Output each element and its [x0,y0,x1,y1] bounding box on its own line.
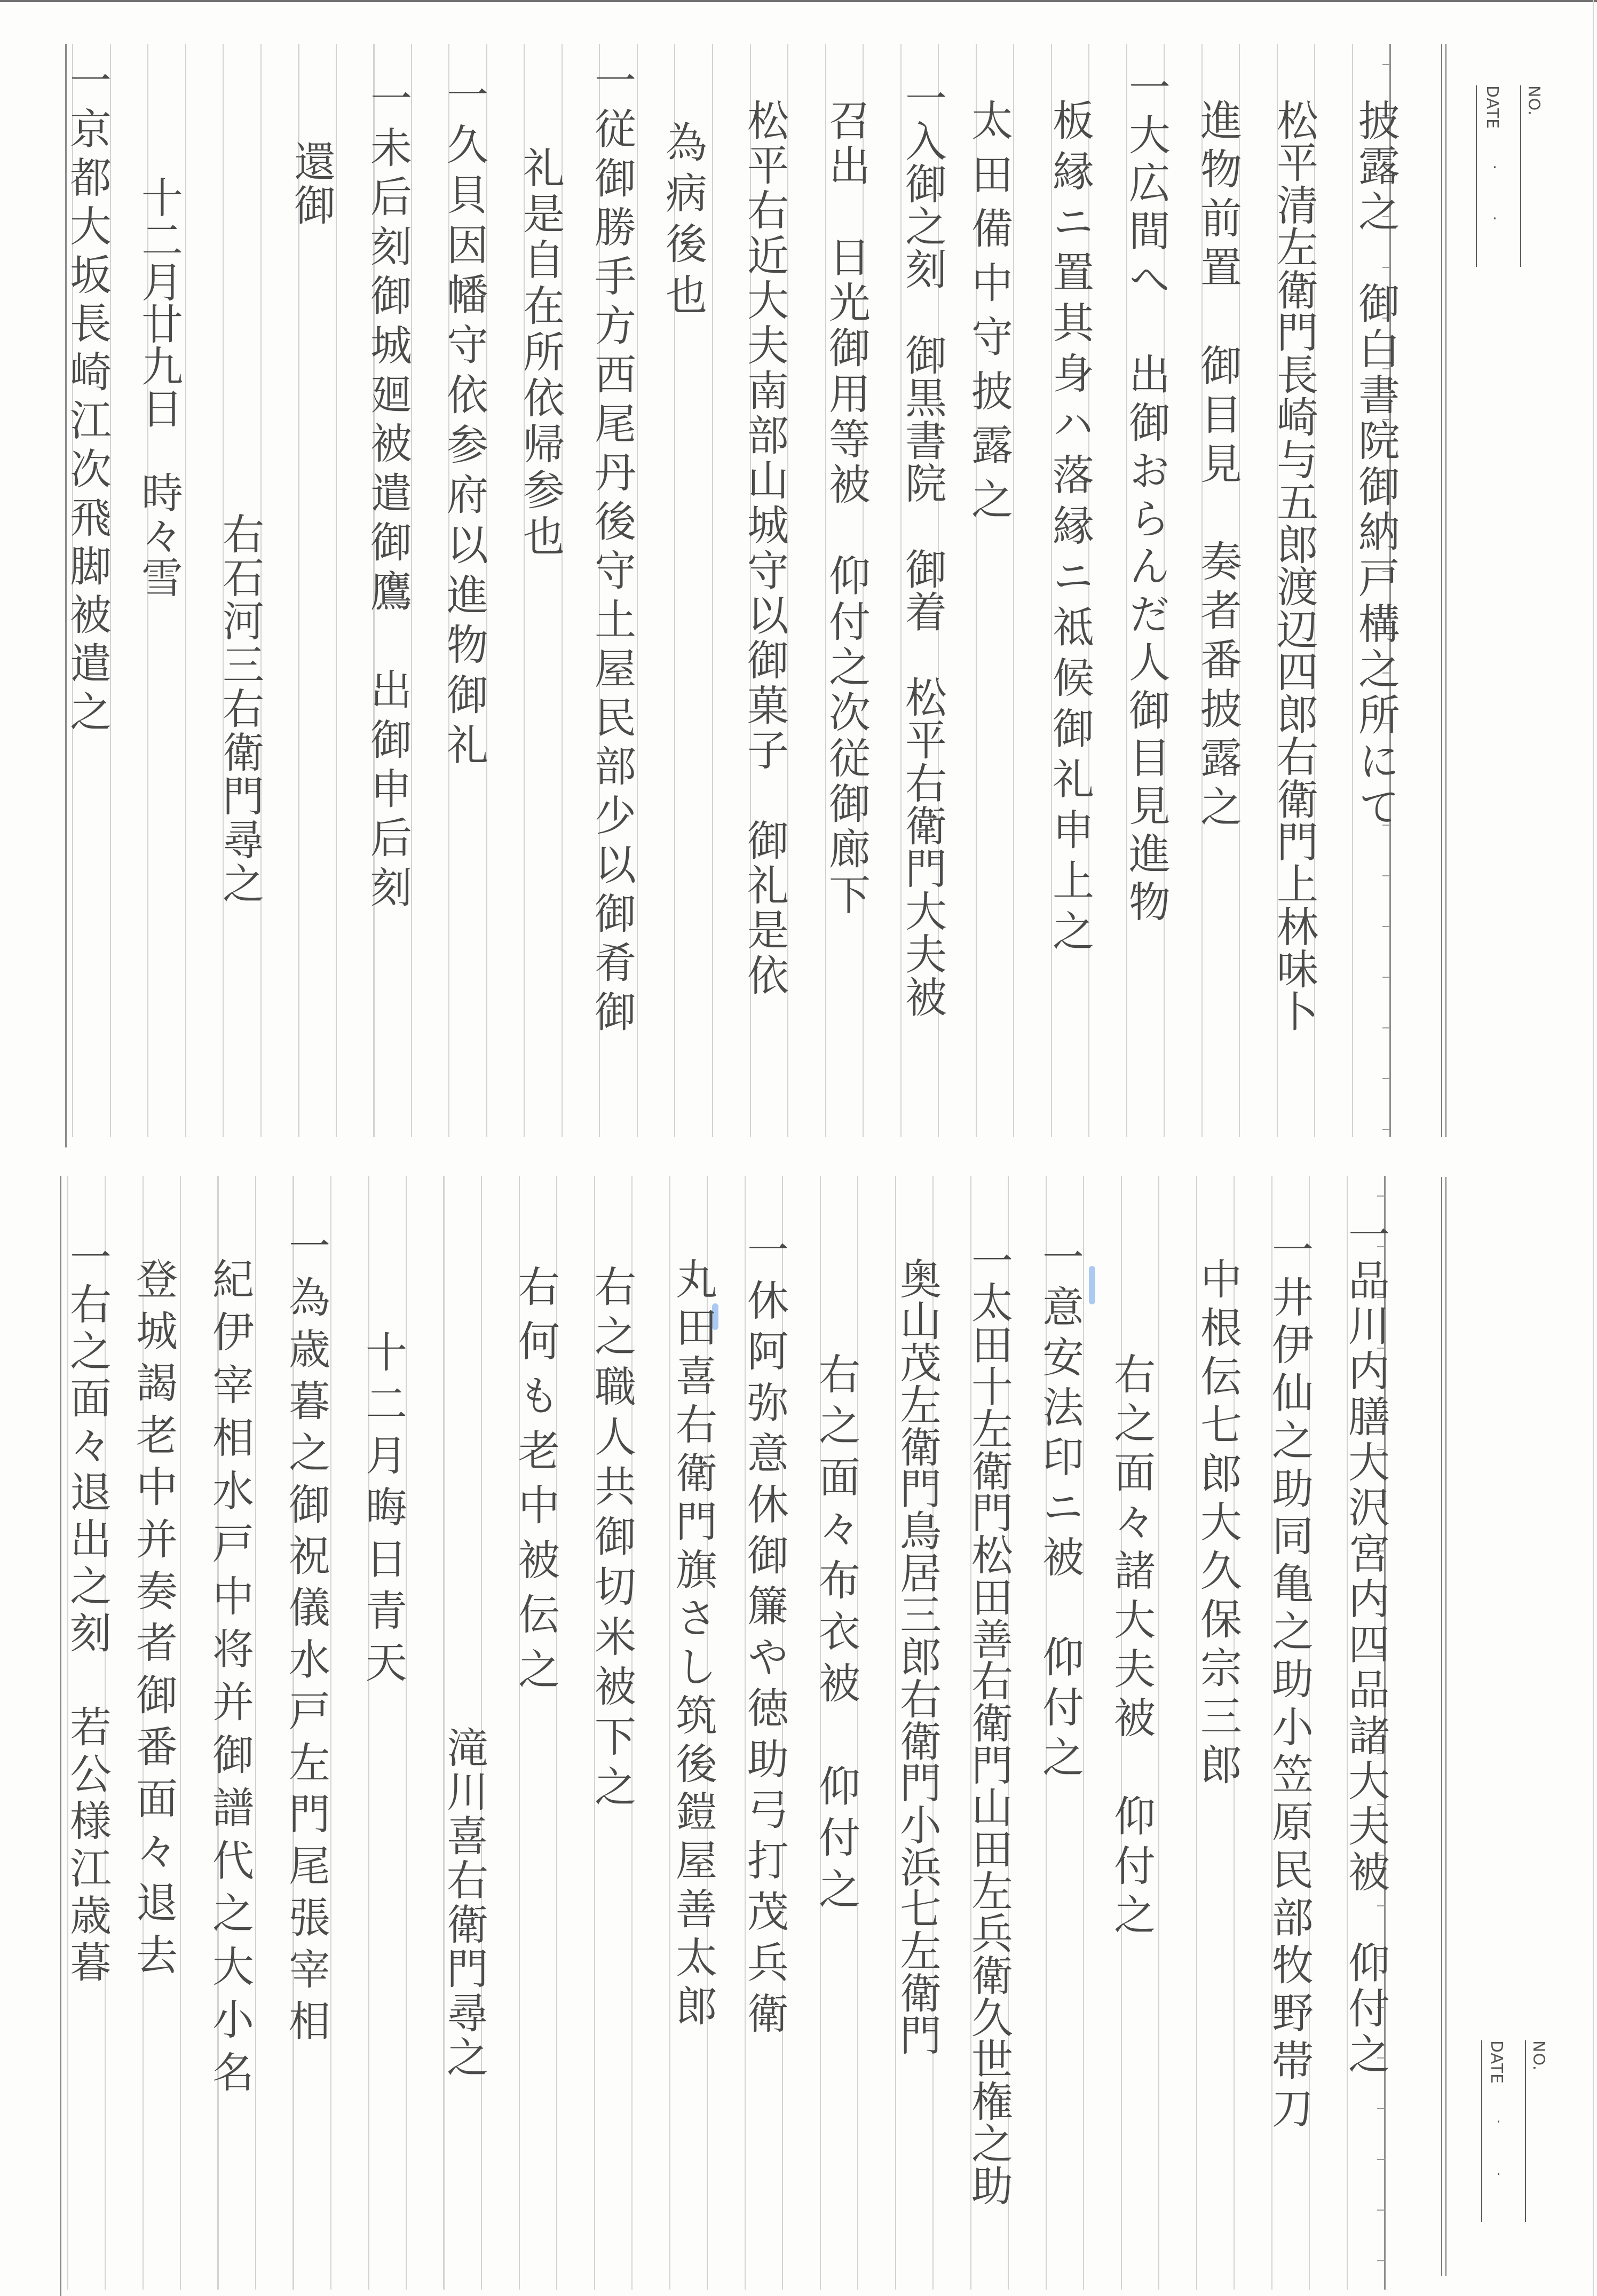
text-column: 一意安法印ニ被 仰付之 [1037,1236,1082,1777]
notebook-page-bottom: NO. DATE . . 一品川内膳大沢宮内四品諸大夫被 仰付之 一井伊仙之助同… [0,1147,1597,2296]
text-column: 右之面々布衣被 仰付之 [813,1352,859,1909]
text-column: 一休阿弥意休御簾や徳助弓打茂兵衛 [741,1228,787,2033]
date-separator: . [1492,156,1497,171]
text-column: 一太田十左衛門松田善右衛門山田左兵衛久世権之助 [966,1239,1011,2206]
text-column: 礼是自在所依帰参也 [517,146,563,556]
notebook-page-top: NO. DATE . . 披露之 御白書院御納戸構之所にて 松平清左衛門長崎与五… [0,0,1597,1147]
ruled-lines [67,44,1390,1137]
text-column: 一品川内膳大沢宮内四品諸大夫被 仰付之 [1342,1213,1388,2074]
text-column: 披露之 御白書院御納戸構之所にて [1353,99,1398,827]
text-column: 滝川喜右衛門尋之 [441,1726,487,2077]
text-column: 一未后刻御城廻被遣御鷹 出御申后刻 [365,77,410,907]
text-column: 右之面々諸大夫被 仰付之 [1108,1352,1154,1935]
text-column: 一従御勝手方西尾丹後守土屋民部少以御肴御 [589,59,635,1032]
no-field-line [1525,2040,1526,2222]
text-column: 右石河三右衛門尋之 [217,512,263,904]
text-column: 板縁ニ置其身ハ落縁ニ祗候御礼申上之 [1047,99,1093,951]
left-edge-line [60,1176,61,2296]
date-field-line [1481,2040,1482,2222]
text-column: 太田備中守披露之 [966,99,1011,519]
date-label: DATE [1488,2040,1504,2084]
text-column: 進物前置 御目見 奏者番披露之 [1195,99,1240,827]
date-label: DATE [1484,85,1500,129]
text-column: 一京都大坂長崎江次飛脚被遣之 [64,59,110,732]
text-column: 一久貝因幡守依参府以進物御礼 [441,73,487,765]
ruled-lines [61,1176,1385,2290]
date-field-line [1476,85,1477,267]
double-margin-line [1441,1177,1446,2276]
text-column: 一為歳暮之御祝儀水戸左門尾張宰相 [283,1224,329,2041]
date-separator: . [1496,2163,1501,2178]
text-column: 松平右近大夫南部山城守以御菓子 御礼是依 [741,99,787,995]
double-margin-line [1441,44,1446,1137]
text-column: 還御 [288,140,334,225]
no-label: NO. [1525,85,1541,116]
text-column: 十二月廿九日 時々雪 [136,176,181,598]
no-label: NO. [1530,2040,1546,2071]
date-separator: . [1492,207,1497,222]
text-column: 一入御之刻 御黒書院 御着 松平右衛門大夫被 [899,77,945,1017]
text-column: 一大広間へ 出御おらんだ人御目見進物 [1123,66,1169,922]
text-column: 為病後也 [660,121,706,315]
text-column: 中根伝七郎大久保宗三郎 [1195,1257,1240,1785]
text-column: 紀伊宰相水戸中将并御譜代之大小名 [207,1257,252,2092]
text-column: 右何も老中被伝之 [512,1265,558,1689]
blue-ink-mark [1089,1266,1095,1304]
text-column: 丸田喜右衛門旗さし筑後鎧屋善太郎 [670,1257,716,2026]
text-column: 松平清左衛門長崎与五郎渡辺四郎右衛門上林味卜 [1271,99,1317,1032]
text-column: 一井伊仙之助同亀之助小笠原民部牧野帯刀 [1266,1228,1312,2128]
text-column: 奥山茂左衛門鳥居三郎右衛門小浜七左衛門 [894,1257,940,2055]
text-column: 召出 日光御用等被 仰付之次従御廊下 [823,99,869,915]
text-column: 十二月晦日青天 [360,1331,406,1682]
text-column: 一右之面々退出之刻 若公様江歳暮 [64,1236,110,1982]
text-column: 登城謁老中并奏者御番面々退去 [130,1257,176,1975]
no-field-line [1520,85,1521,267]
text-column: 右之職人共御切米被下之 [589,1265,635,1807]
date-separator: . [1496,2110,1501,2125]
